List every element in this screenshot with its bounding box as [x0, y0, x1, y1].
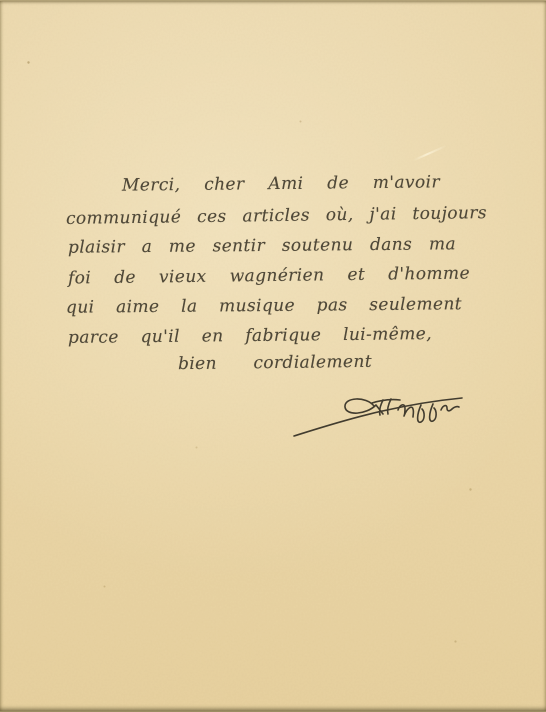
letter-closing: bien cordialement [178, 349, 372, 377]
letter-line: Merci, cher Ami de m'avoir [122, 169, 440, 198]
letter-body: Merci, cher Ami de m'avoir communiqué ce… [0, 0, 546, 712]
letter-line: foi de vieux wagnérien et d'homme [68, 261, 470, 292]
letter-line: plaisir a me sentir soutenu dans ma [68, 231, 456, 260]
letter-line: qui aime la musique pas seulement [66, 291, 462, 320]
scanned-letter-image: Merci, cher Ami de m'avoir communiqué ce… [0, 0, 546, 712]
signature [286, 390, 470, 440]
letter-line: parce qu'il en fabrique lui-même, [68, 321, 432, 351]
letter-line: communiqué ces articles où, j'ai toujour… [66, 200, 487, 232]
